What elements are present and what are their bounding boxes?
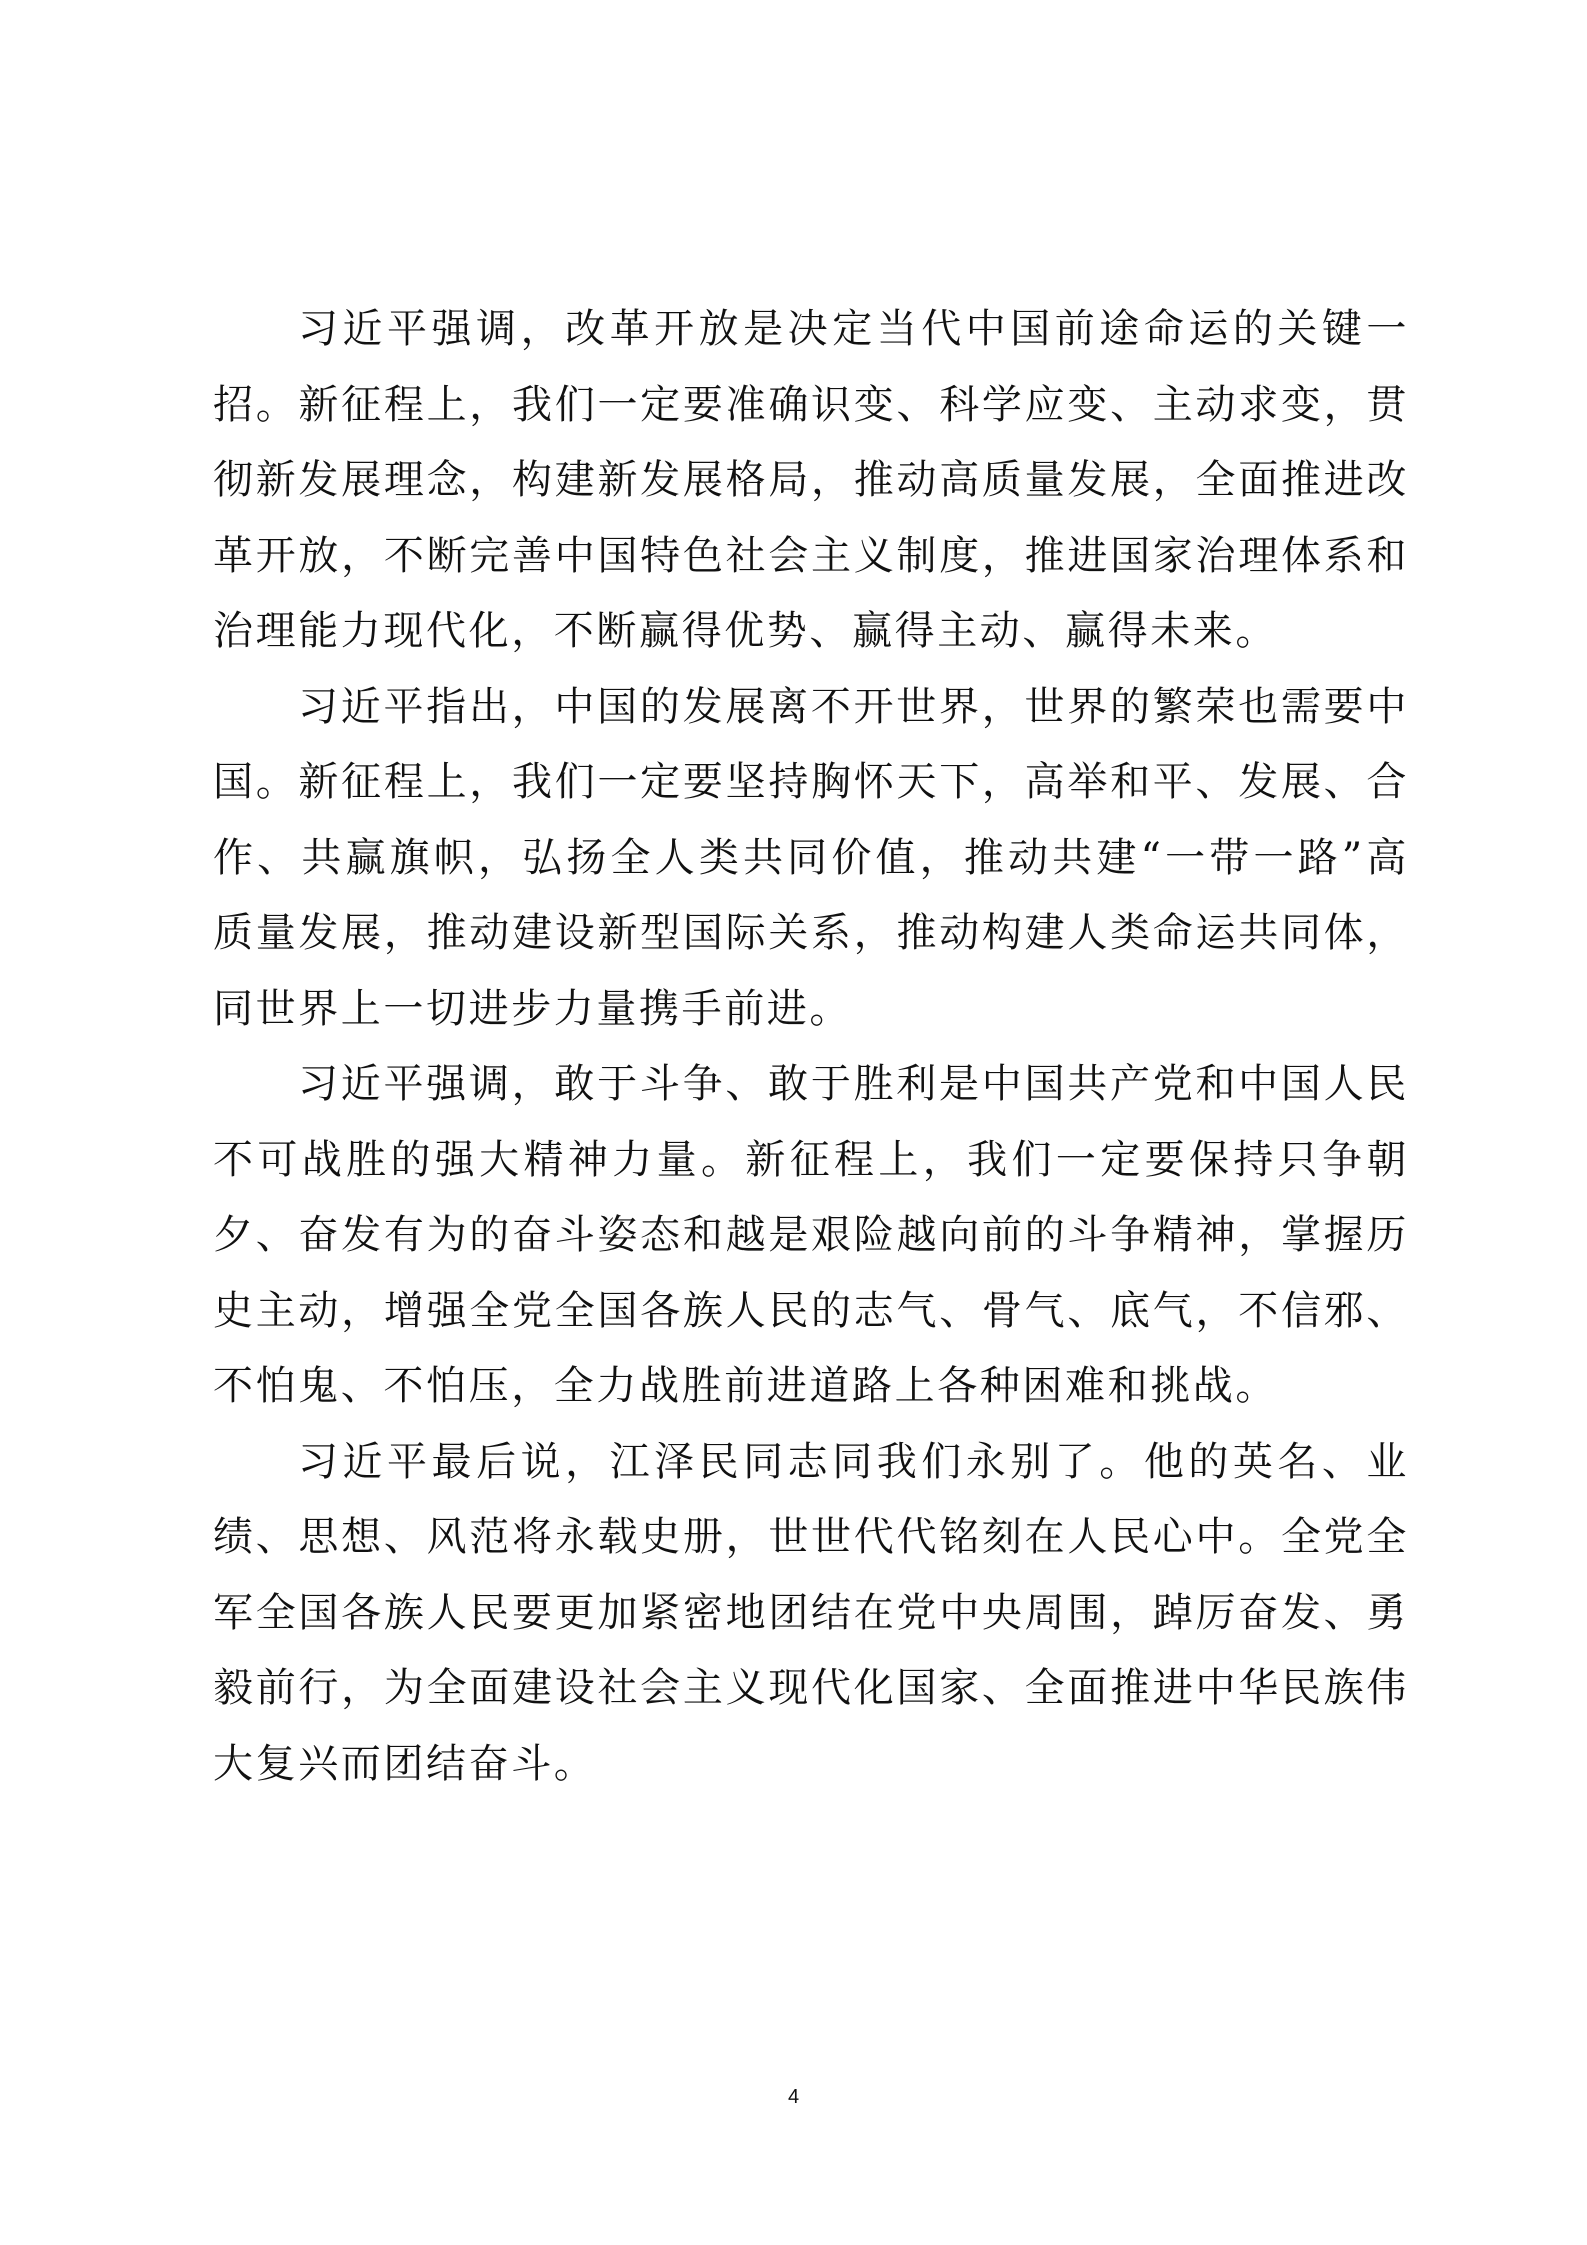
document-page: 习近平强调，改革开放是决定当代中国前途命运的关键一招。新征程上，我们一定要准确识… bbox=[0, 0, 1587, 2245]
paragraph-closing: 习近平最后说，江泽民同志同我们永别了。他的英名、业绩、思想、风范将永载史册，世世… bbox=[213, 1425, 1409, 1803]
paragraph-reform-opening: 习近平强调，改革开放是决定当代中国前途命运的关键一招。新征程上，我们一定要准确识… bbox=[213, 292, 1409, 670]
paragraph-struggle-spirit: 习近平强调，敢于斗争、敢于胜利是中国共产党和中国人民不可战胜的强大精神力量。新征… bbox=[213, 1047, 1409, 1425]
body-text: 习近平强调，改革开放是决定当代中国前途命运的关键一招。新征程上，我们一定要准确识… bbox=[213, 292, 1409, 1802]
page-number: 4 bbox=[0, 2086, 1587, 2109]
paragraph-world-development: 习近平指出，中国的发展离不开世界，世界的繁荣也需要中国。新征程上，我们一定要坚持… bbox=[213, 670, 1409, 1048]
